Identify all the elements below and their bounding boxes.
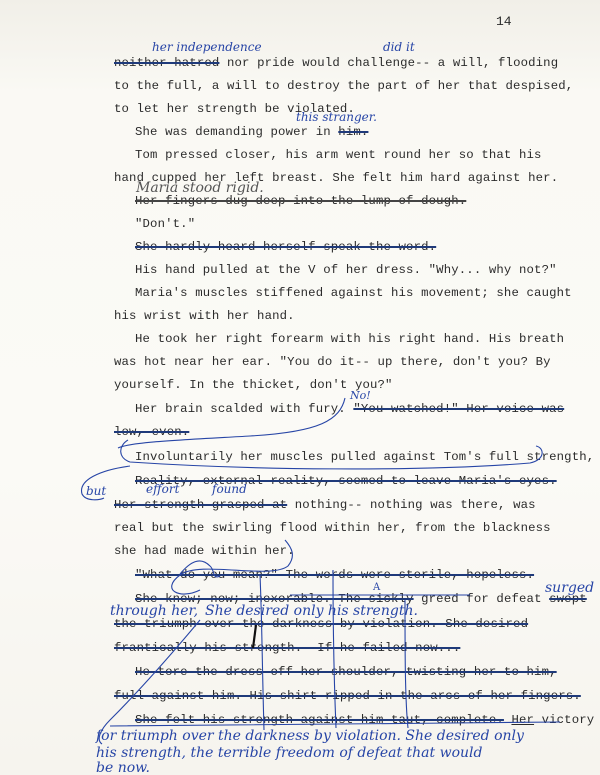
text-line: He took her right forearm with his right… — [135, 332, 564, 346]
text-line: Reality, external reality, seemed to lea… — [135, 474, 557, 488]
annotation: his strength, the terrible freedom of de… — [96, 745, 482, 761]
annotation: A — [373, 582, 380, 593]
page-number: 14 — [496, 14, 512, 29]
text-line: neither hatred nor pride would challenge… — [114, 56, 558, 70]
annotation: effort — [146, 482, 179, 496]
text-line: to the full, a will to destroy the part … — [114, 79, 573, 93]
text-line: frantically his strength. If he failed n… — [114, 641, 460, 655]
annotation: Maria stood rigid. — [136, 180, 264, 196]
text-line: He tore the dress off her shoulder, twis… — [135, 665, 557, 679]
text-line: Tom pressed closer, his arm went round h… — [135, 148, 542, 162]
annotation: No! — [350, 389, 371, 402]
text-line: She hardly heard herself speak the word. — [135, 240, 436, 254]
annotation: She desired only his strength. — [205, 603, 418, 619]
text-line: she had made within her. — [114, 544, 295, 558]
annotation: her independence — [152, 40, 262, 54]
text-line: Her strength grasped at nothing-- nothin… — [114, 498, 536, 512]
annotation: be now. — [96, 760, 150, 775]
annotation: did it — [383, 40, 415, 54]
text-line: "Don't." — [135, 217, 195, 231]
text-line: the triumph over the darkness by violati… — [114, 617, 528, 631]
text-line: She felt his strength against him taut, … — [135, 713, 594, 727]
text-line: Maria's muscles stiffened against his mo… — [135, 286, 572, 300]
annotation: surged — [545, 580, 594, 596]
text-line: was hot near her ear. "You do it-- up th… — [114, 355, 551, 369]
text-line: Her brain scalded with fury. "You watche… — [135, 402, 564, 416]
text-line: full against him. His shirt ripped in th… — [114, 689, 581, 703]
annotation: this stranger. — [296, 110, 377, 124]
annotation: but — [86, 484, 106, 498]
annotation: for triumph over the darkness by violati… — [96, 728, 524, 744]
text-line: Involuntarily her muscles pulled against… — [135, 450, 594, 464]
annotation: through her, — [110, 603, 198, 619]
text-line: His hand pulled at the V of her dress. "… — [135, 263, 557, 277]
text-line: Her fingers dug deep into the lump of do… — [135, 194, 466, 208]
annotation: found — [212, 482, 247, 496]
text-line: She was demanding power in him. — [135, 125, 368, 139]
text-line: real but the swirling flood within her, … — [114, 521, 551, 535]
text-line: his wrist with her hand. — [114, 309, 295, 323]
text-line: "What do you mean?" The words were steri… — [135, 568, 534, 582]
text-line: low, even. — [114, 425, 189, 439]
manuscript-page: 14 neither hatred nor pride would challe… — [0, 0, 600, 775]
struck-text: neither hatred — [114, 56, 219, 70]
